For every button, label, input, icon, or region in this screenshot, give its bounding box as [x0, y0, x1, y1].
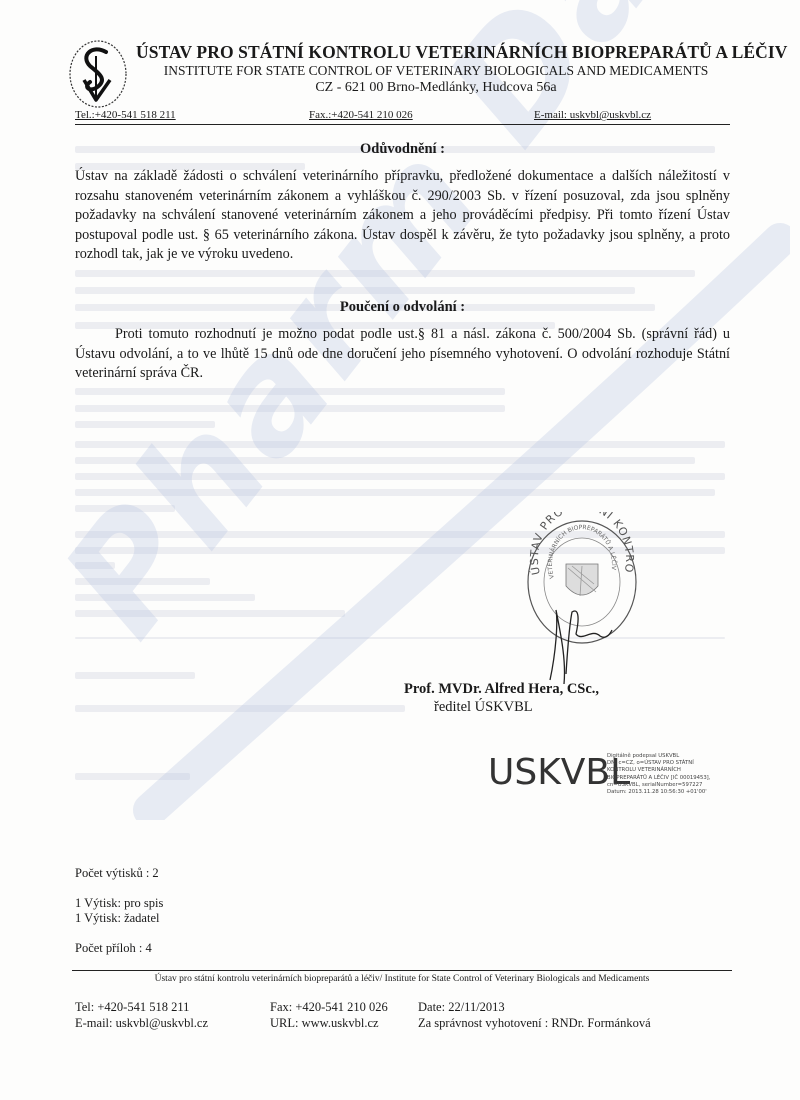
attachments-count: Počet příloh : 4 — [75, 941, 152, 956]
justification-text: Ústav na základě žádosti o schválení vet… — [75, 167, 730, 265]
copy-2: 1 Výtisk: žadatel — [75, 911, 159, 926]
footer-fax: Fax: +420-541 210 026 — [270, 1000, 388, 1015]
document-page: Pharm Data s.r.o. ÚSTAV PRO STÁTNÍ KONTR… — [0, 0, 800, 1100]
digital-signature-details: Digitálně podepsal USKVBL DN: c=CZ, o=ÚS… — [607, 753, 747, 796]
official-round-stamp-icon: ÚSTAV PRO STÁTNÍ KONTROLU - BRNO VETERIN… — [522, 512, 642, 692]
copy-1: 1 Výtisk: pro spis — [75, 896, 163, 911]
institute-subtitle: INSTITUTE FOR STATE CONTROL OF VETERINAR… — [136, 63, 736, 79]
copies-count: Počet výtisků : 2 — [75, 866, 159, 881]
appeal-text: Proti tomuto rozhodnutí je možno podat p… — [75, 325, 730, 384]
institute-address: CZ - 621 00 Brno-Medlánky, Hudcova 56a — [136, 80, 736, 96]
appeal-title: Poučení o odvolání : — [75, 299, 730, 316]
header-contact-row: Tel.:+420-541 518 211 Fax.:+420-541 210 … — [75, 108, 730, 125]
handwritten-signature-icon — [550, 610, 612, 684]
footer-divider — [72, 970, 732, 971]
footer-email[interactable]: E-mail: uskvbl@uskvbl.cz — [75, 1016, 208, 1031]
footer-date: Date: 22/11/2013 — [418, 1000, 505, 1015]
institute-title: ÚSTAV PRO STÁTNÍ KONTROLU VETERINÁRNÍCH … — [136, 42, 736, 63]
footer-verified-by: Za správnost vyhotovení : RNDr. Formánko… — [418, 1016, 651, 1031]
justification-title: Odůvodnění : — [75, 141, 730, 158]
signatory-name: Prof. MVDr. Alfred Hera, CSc., — [404, 681, 599, 698]
footer-institute: Ústav pro státní kontrolu veterinárních … — [72, 974, 732, 984]
header-fax: Fax.:+420-541 210 026 — [309, 109, 413, 121]
footer-url[interactable]: URL: www.uskvbl.cz — [270, 1016, 379, 1031]
header-tel: Tel.:+420-541 518 211 — [75, 109, 176, 121]
signatory-role: ředitel ÚSKVBL — [434, 699, 533, 716]
header-email[interactable]: E-mail: uskvbl@uskvbl.cz — [534, 109, 651, 121]
footer-tel: Tel: +420-541 518 211 — [75, 1000, 189, 1015]
uskvbl-snake-logo-icon — [66, 38, 130, 110]
